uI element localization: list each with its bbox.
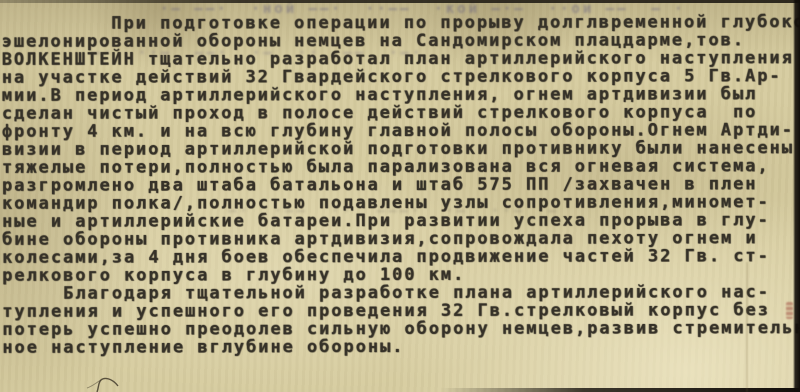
scan-edge-top: [0, 0, 800, 3]
scan-edge-bottom: [440, 388, 800, 392]
text-line: ное наступление вглубине обороны.: [2, 337, 800, 357]
text-line: потерь успешно преодолев сильную оборону…: [2, 319, 800, 339]
text-line: колесами,за 4 дня боев обеспечила продви…: [2, 247, 800, 267]
red-pencil-mark: [786, 302, 793, 319]
document-page: ·– ––· ·ной ––· ··–– ·кой –·– ··ои –– – …: [0, 0, 800, 392]
typewritten-text-block: При подготовке операции по прорыву долгл…: [2, 13, 800, 357]
